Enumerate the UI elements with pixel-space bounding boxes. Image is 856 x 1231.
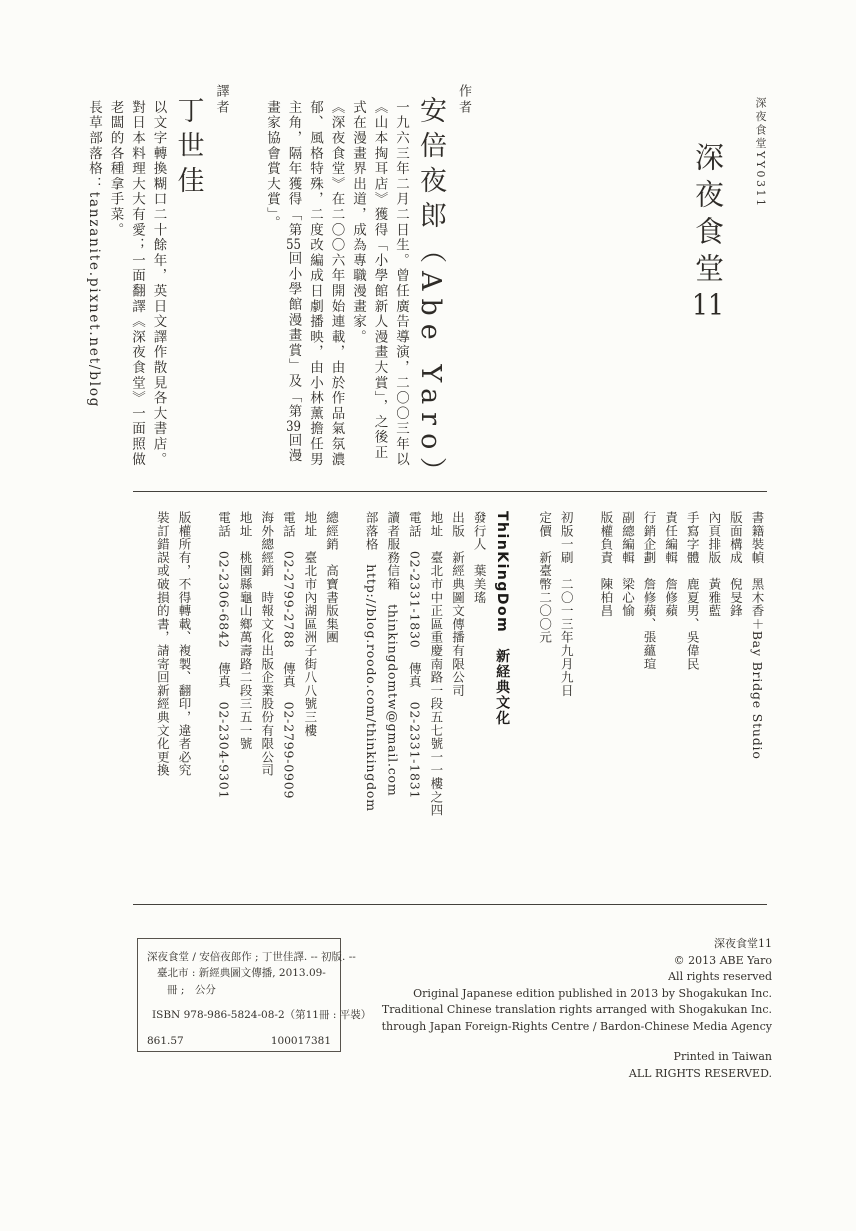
colophon-notice: 裝訂錯誤或破損的書，請寄回新經典文化更換 — [152, 511, 174, 859]
colophon-column: 電話 02-2799-2788 傳真 02-2799-0909 — [278, 511, 300, 859]
author-bio-line: 式在漫畫界出道，成為專職漫畫家。 — [347, 84, 369, 488]
translator-label: 譯者 — [212, 84, 231, 488]
colophon-column: 責任編輯 詹修蘋 — [660, 511, 682, 859]
colophon-page: 深夜食堂YY0311 深夜食堂11 作者 安倍夜郎（Abe Yaro） 一九六三… — [0, 0, 856, 1231]
book-title: 深夜食堂11 — [688, 84, 729, 488]
author-bio-line: 畫家協會賞大賞」。 — [261, 84, 283, 488]
rights-block: 深夜食堂11© 2013 ABE YaroAll rights reserved… — [382, 936, 772, 1082]
spine-code: 深夜食堂YY0311 — [752, 84, 768, 488]
colophon-column: 版權負責 陳柏昌 — [595, 511, 617, 859]
top-section: 深夜食堂YY0311 深夜食堂11 作者 安倍夜郎（Abe Yaro） 一九六三… — [83, 84, 769, 488]
colophon-notice: 版權所有，不得轉載、複製、翻印，違者必究 — [173, 511, 195, 859]
divider-bottom — [133, 904, 767, 905]
cip-record-number: 100017381 — [271, 1033, 331, 1049]
rights-line: Original Japanese edition published in 2… — [382, 986, 772, 1003]
author-bio-line: 《深夜食堂》在二〇〇六年開始連載，由於作品氣氛濃 — [325, 84, 347, 488]
rights-line: All rights reserved — [382, 969, 772, 986]
rights-line: © 2013 ABE Yaro — [382, 953, 772, 970]
colophon-column: 版面構成 倪旻鋒 — [725, 511, 747, 859]
rights-spacer — [382, 1035, 772, 1049]
translator-bio-line: 對日本料理大大有愛；一面翻譯《深夜食堂》一面照做 — [126, 84, 148, 488]
colophon-column: 出版 新經典圖文傳播有限公司 — [447, 511, 469, 859]
printed-in-line: Printed in Taiwan — [382, 1049, 772, 1066]
colophon-column: 地址 臺北市內湖區洲子街八八號三樓 — [299, 511, 321, 859]
cip-line: 冊 ; 公分 — [147, 982, 331, 998]
translator-bio-line: 長草部落格：tanzanite.pixnet.net/blog — [83, 84, 105, 488]
cip-footer: 861.57 100017381 — [147, 1033, 331, 1049]
cip-line: 深夜食堂 / 安倍夜郎作 ; 丁世佳譯. -- 初版. -- — [147, 949, 331, 965]
colophon-column: 行銷企劃 詹修蘋、張蘊瑄 — [638, 511, 660, 859]
upright-digits: 39 — [286, 420, 302, 434]
upright-digits: 55 — [286, 238, 302, 252]
upright-digits: 11 — [691, 290, 725, 319]
all-rights-line: ALL RIGHTS RESERVED. — [382, 1066, 772, 1083]
translator-bio-line: 以文字轉換糊口二十餘年，英日文譯作散見各大書店。 — [147, 84, 169, 488]
colophon-column: 地址 桃園縣龜山鄉萬壽路二段三五一號 — [235, 511, 257, 859]
cip-line: 臺北市 : 新經典圖文傳播, 2013.09- — [147, 965, 331, 981]
author-label: 作者 — [454, 84, 473, 488]
author-bio-line: 一九六三年二月二日生。曾任廣告導演，二〇〇三年以 — [390, 84, 412, 488]
author-bio-line: 《山本掏耳店》獲得「小學館新人漫畫大賞」，之後正 — [368, 84, 390, 488]
author-bio-line: 主角，隔年獲得「第55回小學館漫畫賞」及「第39回漫 — [282, 84, 304, 488]
colophon-column: 副總編輯 梁心愉 — [617, 511, 639, 859]
colophon-column: 地址 臺北市中正區重慶南路一段五七號一一樓之四 — [425, 511, 447, 859]
translator-name: 丁世佳 — [169, 84, 208, 488]
colophon-column: 部落格 http://blog.roodo.com/thinkingdom — [361, 511, 383, 859]
colophon-column: 定價 新臺幣二〇〇元 — [534, 511, 556, 859]
rights-line: 深夜食堂11 — [382, 936, 772, 953]
colophon-column: 手寫字體 鹿夏男、吳偉民 — [682, 511, 704, 859]
colophon-column: 讀者服務信箱 thinkingdomtw@gmail.com — [382, 511, 404, 859]
divider-top — [133, 491, 767, 492]
rights-line: Traditional Chinese translation rights a… — [382, 1002, 772, 1019]
colophon-column: 海外總經銷 時報文化出版企業股份有限公司 — [256, 511, 278, 859]
translator-bio-line: 老闆的各種拿手菜。 — [104, 84, 126, 488]
colophon-column: 電話 02-2331-1830 傳真 02-2331-1831 — [404, 511, 426, 859]
colophon-column: 電話 02-2306-6842 傳真 02-2304-9301 — [213, 511, 235, 859]
cip-isbn-line: ISBN 978-986-5824-08-2（第11冊 : 平裝） — [147, 1007, 331, 1023]
colophon-column: 書籍裝幀 黑木香＋Bay Bridge Studio — [746, 511, 768, 859]
rights-line: through Japan Foreign-Rights Centre / Ba… — [382, 1019, 772, 1036]
author-bio-line: 郁、風格特殊，二度改編成日劇播映，由小林薰擔任男 — [304, 84, 326, 488]
cip-box: 深夜食堂 / 安倍夜郎作 ; 丁世佳譯. -- 初版. --臺北市 : 新經典圖… — [137, 938, 341, 1052]
colophon-column: 發行人 葉美瑤 — [468, 511, 490, 859]
colophon-column: 總經銷 高寶書版集團 — [321, 511, 343, 859]
author-name: 安倍夜郎（Abe Yaro） — [411, 84, 450, 488]
colophon-column: 內頁排版 黃雅藍 — [703, 511, 725, 859]
publisher-logo: ThinKingDom 新経典文化 — [490, 511, 514, 859]
cip-class-number: 861.57 — [147, 1033, 184, 1049]
colophon-column: 初版一刷 二〇一三年九月九日 — [556, 511, 578, 859]
colophon-section: 書籍裝幀 黑木香＋Bay Bridge Studio版面構成 倪旻鋒內頁排版 黃… — [152, 511, 768, 859]
